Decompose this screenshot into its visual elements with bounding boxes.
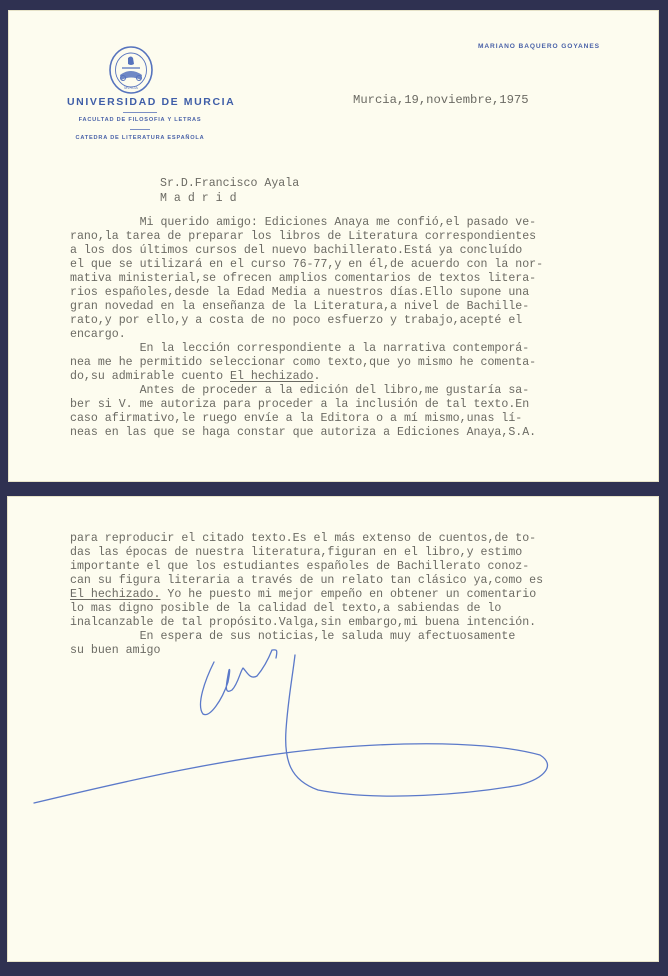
letter-line: inalcanzable de tal propósito.Valga,sin … bbox=[70, 616, 543, 630]
letter-line: do,su admirable cuento El hechizado. bbox=[70, 370, 543, 384]
story-title: El hechizado. bbox=[70, 588, 160, 601]
letter-line: rios españoles,desde la Edad Media a nue… bbox=[70, 286, 543, 300]
letter-line: En la lección correspondiente a la narra… bbox=[70, 342, 543, 356]
letter-line: caso afirmativo,le ruego envíe a la Edit… bbox=[70, 412, 543, 426]
letter-line: gran novedad en la enseñanza de la Liter… bbox=[70, 300, 543, 314]
letter-line: El hechizado. Yo he puesto mi mejor empe… bbox=[70, 588, 543, 602]
letter-line: neas en las que se haga constar que auto… bbox=[70, 426, 543, 440]
recipient-city: M a d r i d bbox=[160, 192, 237, 205]
letter-line: rato,y por ello,y a costa de no poco esf… bbox=[70, 314, 543, 328]
recipient-block: Sr.D.Francisco Ayala M a d r i d bbox=[160, 176, 299, 206]
letter-date: Murcia,19,noviembre,1975 bbox=[353, 93, 529, 107]
letter-body-page-1: Mi querido amigo: Ediciones Anaya me con… bbox=[70, 216, 543, 440]
letter-line: das las épocas de nuestra literatura,fig… bbox=[70, 546, 543, 560]
faculty-name: FACULTAD DE FILOSOFIA Y LETRAS bbox=[65, 117, 215, 123]
letter-line: para reproducir el citado texto.Es el má… bbox=[70, 532, 543, 546]
svg-text:MVRCIA: MVRCIA bbox=[124, 86, 138, 90]
letter-line: importante el que los estudiantes españo… bbox=[70, 560, 543, 574]
letter-line: a los dos últimos cursos del nuevo bachi… bbox=[70, 244, 543, 258]
university-seal-icon: MVRCIA bbox=[107, 45, 155, 95]
letter-line: su buen amigo bbox=[70, 644, 543, 658]
letter-line: mativa ministerial,se ofrecen amplios co… bbox=[70, 272, 543, 286]
author-name: MARIANO BAQUERO GOYANES bbox=[478, 43, 600, 50]
story-title: El hechizado bbox=[230, 370, 314, 383]
letter-body-page-2: para reproducir el citado texto.Es el má… bbox=[70, 532, 543, 658]
chair-name: CATEDRA DE LITERATURA ESPAÑOLA bbox=[65, 135, 215, 141]
letter-line: ber si V. me autoriza para proceder a la… bbox=[70, 398, 543, 412]
letter-line: can su figura literaria a través de un r… bbox=[70, 574, 543, 588]
letter-line: nea me he permitido seleccionar como tex… bbox=[70, 356, 543, 370]
institution-name: UNIVERSIDAD DE MURCIA bbox=[67, 96, 213, 108]
letter-line: el que se utilizará en el curso 76-77,y … bbox=[70, 258, 543, 272]
letter-line: Antes de proceder a la edición del libro… bbox=[70, 384, 543, 398]
divider bbox=[130, 129, 150, 130]
recipient-name: Sr.D.Francisco Ayala bbox=[160, 177, 299, 190]
letter-line: Mi querido amigo: Ediciones Anaya me con… bbox=[70, 216, 543, 230]
letter-line: encargo. bbox=[70, 328, 543, 342]
letter-line: lo mas digno posible de la calidad del t… bbox=[70, 602, 543, 616]
letter-line: En espera de sus noticias,le saluda muy … bbox=[70, 630, 543, 644]
letter-line: rano,la tarea de preparar los libros de … bbox=[70, 230, 543, 244]
divider bbox=[123, 112, 157, 113]
